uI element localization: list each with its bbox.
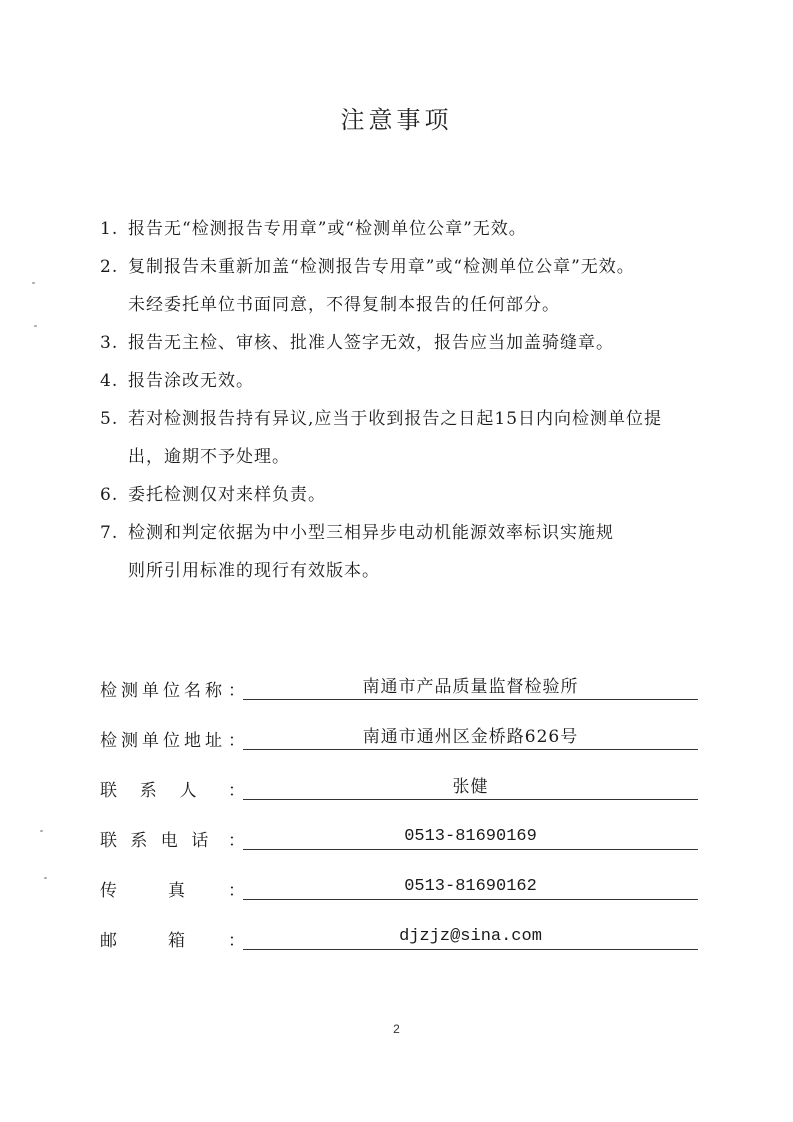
- contact-row-phone: 联 系 电 话 ： 0513-81690169: [100, 822, 700, 872]
- note-number: 3.: [100, 324, 118, 362]
- note-text: 委托检测仅对来样负责。: [100, 476, 740, 514]
- contact-row-contact-person: 联 系 人 ： 张健: [100, 772, 700, 822]
- note-item-6: 6. 委托检测仅对来样负责。: [100, 476, 740, 514]
- org-address-value: 南通市通州区金桥路626号: [243, 722, 698, 750]
- note-line: 未经委托单位书面同意，不得复制本报告的任何部分。: [128, 286, 740, 324]
- scan-speck: [40, 830, 43, 832]
- contact-label: 联 系 电 话: [100, 826, 212, 851]
- note-text: 检测和判定依据为中小型三相异步电动机能源效率标识实施规 则所引用标准的现行有效版…: [100, 514, 740, 590]
- contact-row-org-address: 检测单位地址 ： 南通市通州区金桥路626号: [100, 722, 700, 772]
- note-line: 若对检测报告持有异议,应当于收到报告之日起15日内向检测单位提: [128, 400, 740, 438]
- note-item-2: 2. 复制报告未重新加盖“检测报告专用章”或“检测单位公章”无效。 未经委托单位…: [100, 248, 740, 324]
- note-line: 复制报告未重新加盖“检测报告专用章”或“检测单位公章”无效。: [128, 248, 740, 286]
- note-number: 4.: [100, 362, 118, 400]
- scan-speck: [32, 282, 35, 284]
- note-line: 检测和判定依据为中小型三相异步电动机能源效率标识实施规: [128, 514, 740, 552]
- contact-label: 邮 箱: [100, 926, 189, 951]
- page-number: 2: [0, 1022, 793, 1036]
- note-item-1: 1. 报告无“检测报告专用章”或“检测单位公章”无效。: [100, 210, 740, 248]
- scan-speck: [44, 877, 47, 879]
- contact-row-fax: 传 真 ： 0513-81690162: [100, 872, 700, 922]
- note-text: 若对检测报告持有异议,应当于收到报告之日起15日内向检测单位提 出，逾期不予处理…: [100, 400, 740, 476]
- page-title: 注意事项: [0, 100, 793, 135]
- contact-info: 检测单位名称 ： 南通市产品质量监督检验所 检测单位地址 ： 南通市通州区金桥路…: [100, 672, 700, 972]
- note-number: 1.: [100, 210, 118, 248]
- note-line: 报告无“检测报告专用章”或“检测单位公章”无效。: [128, 210, 740, 248]
- note-text: 报告无主检、审核、批准人签字无效，报告应当加盖骑缝章。: [100, 324, 740, 362]
- contact-label: 联 系 人: [100, 776, 201, 801]
- note-item-7: 7. 检测和判定依据为中小型三相异步电动机能源效率标识实施规 则所引用标准的现行…: [100, 514, 740, 590]
- note-line: 出，逾期不予处理。: [128, 438, 740, 476]
- note-number: 6.: [100, 476, 118, 514]
- note-line: 报告无主检、审核、批准人签字无效，报告应当加盖骑缝章。: [128, 324, 740, 362]
- note-number: 7.: [100, 514, 118, 552]
- note-number: 5.: [100, 400, 118, 438]
- notes-list: 1. 报告无“检测报告专用章”或“检测单位公章”无效。 2. 复制报告未重新加盖…: [100, 210, 740, 590]
- note-text: 报告涂改无效。: [100, 362, 740, 400]
- note-line: 委托检测仅对来样负责。: [128, 476, 740, 514]
- note-text: 报告无“检测报告专用章”或“检测单位公章”无效。: [100, 210, 740, 248]
- contact-label: 检测单位地址: [100, 726, 226, 751]
- phone-value: 0513-81690169: [243, 822, 698, 850]
- contact-row-email: 邮 箱 ： djzjz@sina.com: [100, 922, 700, 972]
- note-number: 2.: [100, 248, 118, 286]
- fax-value: 0513-81690162: [243, 872, 698, 900]
- note-line: 报告涂改无效。: [128, 362, 740, 400]
- note-text: 复制报告未重新加盖“检测报告专用章”或“检测单位公章”无效。 未经委托单位书面同…: [100, 248, 740, 324]
- contact-row-org-name: 检测单位名称 ： 南通市产品质量监督检验所: [100, 672, 700, 722]
- email-value: djzjz@sina.com: [243, 922, 698, 950]
- org-name-value: 南通市产品质量监督检验所: [243, 672, 698, 700]
- note-item-3: 3. 报告无主检、审核、批准人签字无效，报告应当加盖骑缝章。: [100, 324, 740, 362]
- scan-speck: [34, 325, 37, 327]
- note-line: 则所引用标准的现行有效版本。: [128, 552, 740, 590]
- contact-label: 传 真: [100, 876, 189, 901]
- note-item-4: 4. 报告涂改无效。: [100, 362, 740, 400]
- note-item-5: 5. 若对检测报告持有异议,应当于收到报告之日起15日内向检测单位提 出，逾期不…: [100, 400, 740, 476]
- contact-label: 检测单位名称: [100, 676, 226, 701]
- contact-person-value: 张健: [243, 772, 698, 800]
